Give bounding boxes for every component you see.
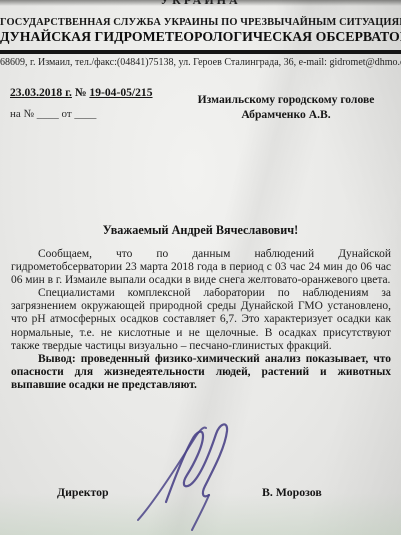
body-paragraph-2: Специалистами комплексной лаборатории по… <box>11 287 391 352</box>
reference-date-number: 23.03.2018 г. № 19-04-05/215 <box>10 86 153 99</box>
body-paragraph-1: Сообщаем, что по данным наблюдений Дунай… <box>11 248 391 287</box>
letterhead-country: УКРАИНА <box>0 0 401 8</box>
letter-body: Сообщаем, что по данным наблюдений Дунай… <box>11 248 391 392</box>
addressee-block: Измаильскому городскому голове Абрамченк… <box>188 92 384 122</box>
signer-name: В. Морозов <box>262 485 322 500</box>
reference-number-sign: № <box>75 86 87 99</box>
reference-number: 19-04-05/215 <box>89 86 152 99</box>
body-conclusion: Вывод: проведенный физико-химический ана… <box>11 353 391 392</box>
letterhead-agency: ГОСУДАРСТВЕННАЯ СЛУЖБА УКРАИНЫ ПО ЧРЕЗВЫ… <box>0 17 401 28</box>
scanned-letter: УКРАИНА ГОСУДАРСТВЕННАЯ СЛУЖБА УКРАИНЫ П… <box>0 0 401 535</box>
letterhead-organization: ДУНАЙСКАЯ ГИДРОМЕТЕОРОЛОГИЧЕСКАЯ ОБСЕРВА… <box>0 29 401 45</box>
reference-reply-line: на № ____ от ____ <box>10 108 96 120</box>
handwritten-signature <box>132 406 248 534</box>
addressee-name: Абрамченко А.В. <box>188 107 384 122</box>
letterhead-rule <box>0 50 401 54</box>
addressee-position: Измаильскому городскому голове <box>188 92 384 107</box>
signer-title: Директор <box>57 485 109 500</box>
reference-date: 23.03.2018 г. <box>10 86 72 99</box>
letterhead-contacts: 68609, г. Измаил, тел./факс:(04841)75138… <box>0 57 401 68</box>
salutation: Уважаемый Андрей Вячеславович! <box>0 223 401 238</box>
